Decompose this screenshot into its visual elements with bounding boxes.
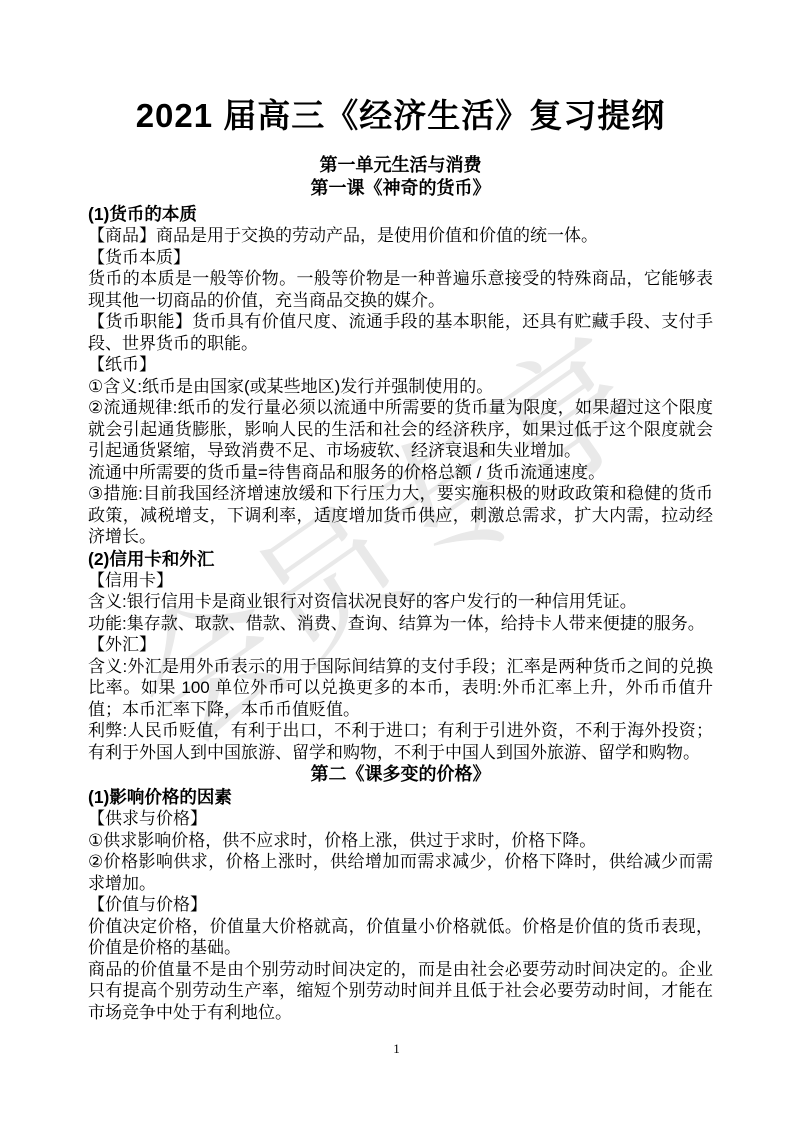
- topic-heading: (2)信用卡和外汇: [88, 548, 713, 570]
- unit-heading: 第一单元生活与消费: [88, 154, 713, 177]
- paragraph: 含义:银行信用卡是商业银行对资信状况良好的客户发行的一种信用凭证。: [88, 591, 713, 613]
- document-body: (1)货币的本质【商品】商品是用于交换的劳动产品，是使用价值和价值的统一体。【货…: [88, 203, 713, 1023]
- paragraph: ②价格影响供求，价格上涨时，供给增加而需求减少，价格下降时，供给减少而需求增加。: [88, 851, 713, 894]
- document-title: 2021 届高三《经济生活》复习提纲: [88, 94, 713, 138]
- paragraph: 含义:外汇是用外币表示的用于国际间结算的支付手段；汇率是两种货币之间的兑换比率。…: [88, 656, 713, 721]
- paragraph: ③措施:目前我国经济增速放缓和下行压力大，要实施积极的财政政策和稳健的货币政策，…: [88, 483, 713, 548]
- paragraph: 【供求与价格】: [88, 808, 713, 830]
- paragraph: 流通中所需要的货币量=待售商品和服务的价格总额 / 货币流通速度。: [88, 462, 713, 484]
- paragraph: 【货币本质】: [88, 247, 713, 269]
- section-heading: 第二《课多变的价格》: [88, 763, 713, 786]
- paragraph: 【纸币】: [88, 354, 713, 376]
- paragraph: 【外汇】: [88, 634, 713, 656]
- paragraph: 利弊:人民币贬值，有利于出口，不利于进口；有利于引进外资，不利于海外投资；有利于…: [88, 720, 713, 763]
- paragraph: 【信用卡】: [88, 570, 713, 592]
- paragraph: 【商品】商品是用于交换的劳动产品，是使用价值和价值的统一体。: [88, 225, 713, 247]
- document-page: 会员专享 2021 届高三《经济生活》复习提纲 第一单元生活与消费 第一课《神奇…: [0, 0, 793, 1122]
- topic-heading: (1)货币的本质: [88, 203, 713, 225]
- paragraph: 货币的本质是一般等价物。一般等价物是一种普遍乐意接受的特殊商品，它能够表现其他一…: [88, 268, 713, 311]
- paragraph: 价值决定价格，价值量大价格就高，价值量小价格就低。价格是价值的货币表现，价值是价…: [88, 916, 713, 959]
- lesson-heading: 第一课《神奇的货币》: [88, 177, 713, 200]
- paragraph: 【价值与价格】: [88, 894, 713, 916]
- paragraph: 商品的价值量不是由个别劳动时间决定的，而是由社会必要劳动时间决定的。企业只有提高…: [88, 959, 713, 1024]
- paragraph: 功能:集存款、取款、借款、消费、查询、结算为一体，给持卡人带来便捷的服务。: [88, 613, 713, 635]
- paragraph: 【货币职能】货币具有价值尺度、流通手段的基本职能，还具有贮藏手段、支付手段、世界…: [88, 311, 713, 354]
- paragraph: ①含义:纸币是由国家(或某些地区)发行并强制使用的。: [88, 376, 713, 398]
- paragraph: ②流通规律:纸币的发行量必须以流通中所需要的货币量为限度，如果超过这个限度就会引…: [88, 397, 713, 462]
- page-number: 1: [0, 1042, 793, 1056]
- paragraph: ①供求影响价格，供不应求时，价格上涨，供过于求时，价格下降。: [88, 830, 713, 852]
- document-content: 2021 届高三《经济生活》复习提纲 第一单元生活与消费 第一课《神奇的货币》 …: [0, 0, 793, 1023]
- topic-heading: (1)影响价格的因素: [88, 786, 713, 808]
